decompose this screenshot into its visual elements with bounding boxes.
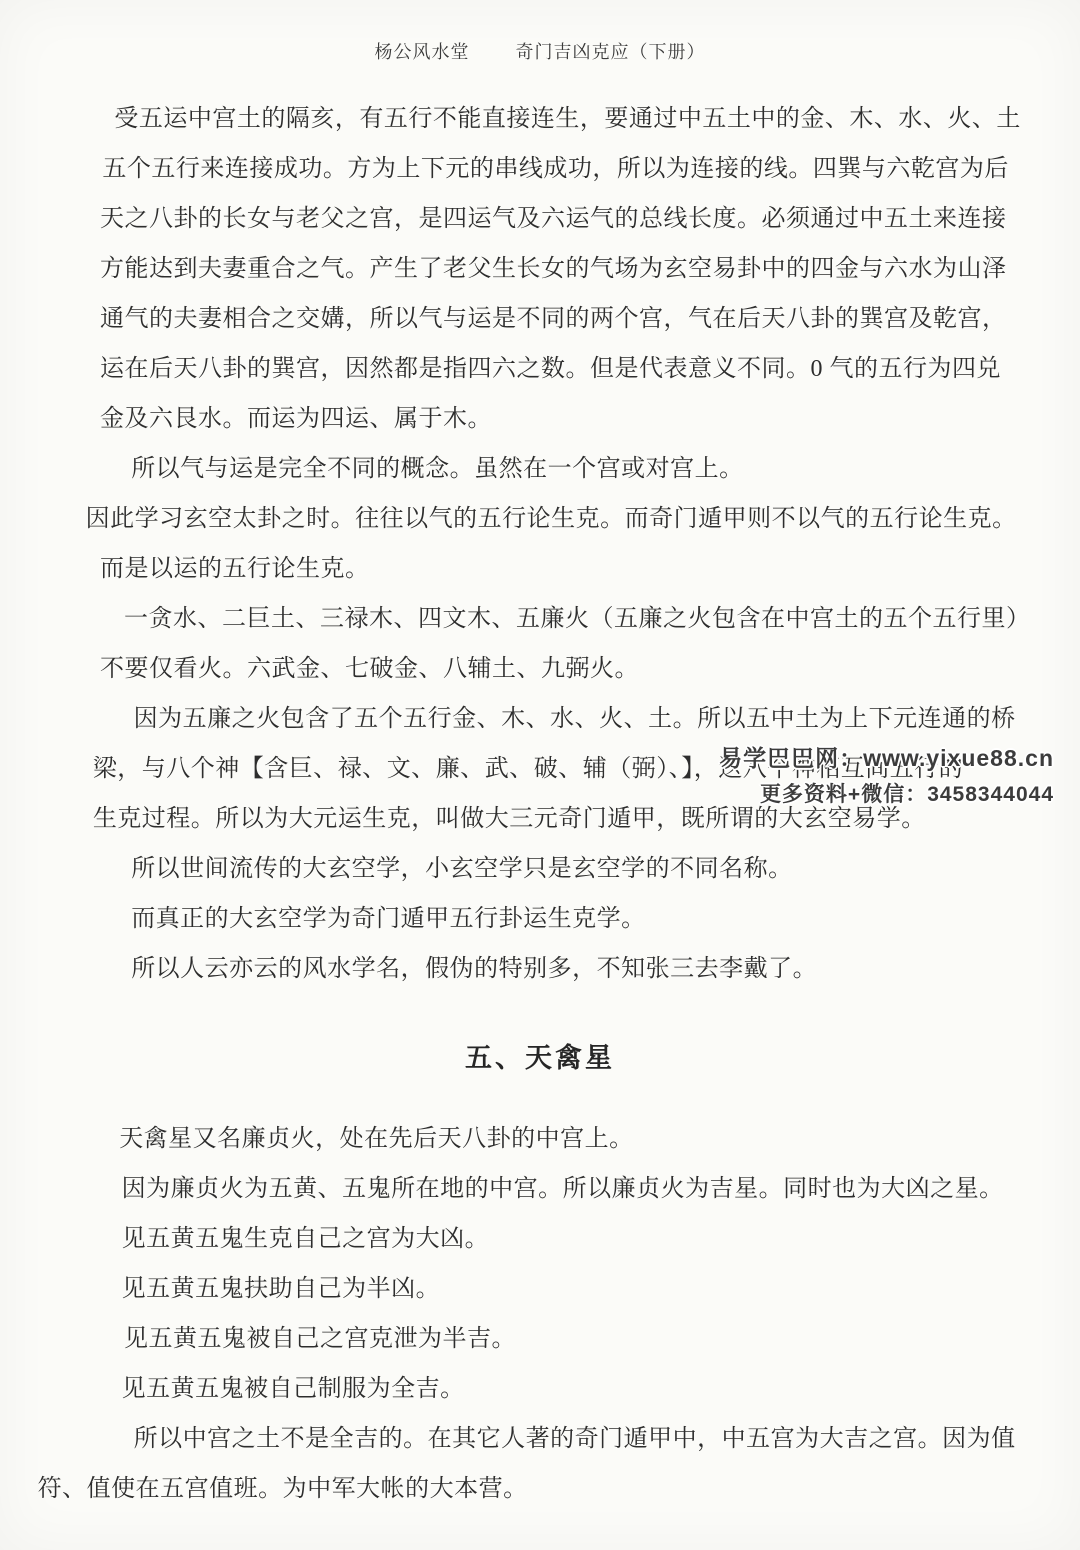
text-line: 运在后天八卦的巽宫，因然都是指四六之数。但是代表意义不同。0 气的五行为四兑	[100, 344, 1040, 394]
page-header: 杨公风水堂奇门吉凶克应（下册）	[0, 0, 1080, 64]
text-line: 见五黄五鬼被自己之宫克泄为半吉。	[100, 1314, 1040, 1364]
text-line: 一贪水、二巨土、三禄木、四文木、五廉火（五廉之火包含在中宫土的五个五行里）	[100, 594, 1040, 644]
section-text-block: 天禽星又名廉贞火，处在先后天八卦的中宫上。因为廉贞火为五黄、五鬼所在地的中宫。所…	[100, 1114, 1040, 1514]
text-line: 天禽星又名廉贞火，处在先后天八卦的中宫上。	[100, 1114, 1040, 1164]
text-line: 而真正的大玄空学为奇门遁甲五行卦运生克学。	[100, 894, 1040, 944]
text-line: 因为五廉之火包含了五个五行金、木、水、火、土。所以五中土为上下元连通的桥	[100, 694, 1040, 744]
text-line: 所以中宫之土不是全吉的。在其它人著的奇门遁甲中，中五宫为大吉之宫。因为值	[100, 1414, 1040, 1464]
header-volume-title: 奇门吉凶克应（下册）	[516, 42, 706, 62]
text-line: 所以人云亦云的风水学名，假伪的特别多，不知张三去李戴了。	[100, 944, 1040, 994]
text-line: 因为廉贞火为五黄、五鬼所在地的中宫。所以廉贞火为吉星。同时也为大凶之星。	[100, 1164, 1040, 1214]
text-line: 符、值使在五宫值班。为中军大帐的大本营。	[38, 1464, 1040, 1514]
watermark-contact-text: 更多资料+微信：3458344044	[719, 778, 1054, 808]
text-line: 见五黄五鬼被自己制服为全吉。	[100, 1364, 1040, 1414]
watermark: 易学巴巴网：www.yixue88.cn 更多资料+微信：3458344044	[719, 740, 1054, 808]
text-line: 见五黄五鬼扶助自己为半凶。	[100, 1264, 1040, 1314]
text-line: 受五运中宫土的隔亥，有五行不能直接连生，要通过中五土中的金、木、水、火、土	[100, 94, 1040, 144]
text-line: 所以世间流传的大玄空学，小玄空学只是玄空学的不同名称。	[100, 844, 1040, 894]
text-line: 见五黄五鬼生克自己之宫为大凶。	[100, 1214, 1040, 1264]
main-text-block: 受五运中宫土的隔亥，有五行不能直接连生，要通过中五土中的金、木、水、火、土五个五…	[100, 94, 1040, 994]
header-book-title: 杨公风水堂	[375, 42, 470, 62]
text-line: 方能达到夫妻重合之气。产生了老父生长女的气场为玄空易卦中的四金与六水为山泽	[100, 244, 1040, 294]
text-line: 所以气与运是完全不同的概念。虽然在一个宫或对宫上。	[100, 444, 1040, 494]
text-line: 因此学习玄空太卦之时。往往以气的五行论生克。而奇门遁甲则不以气的五行论生克。	[86, 494, 1040, 544]
text-line: 通气的夫妻相合之交媾，所以气与运是不同的两个宫，气在后天八卦的巽宫及乾宫，	[100, 294, 1040, 344]
text-line: 不要仅看火。六武金、七破金、八辅土、九弼火。	[100, 644, 1040, 694]
text-line: 而是以运的五行论生克。	[100, 544, 1040, 594]
text-line: 天之八卦的长女与老父之宫，是四运气及六运气的总线长度。必须通过中五土来连接	[100, 194, 1040, 244]
text-line: 金及六艮水。而运为四运、属于木。	[100, 394, 1040, 444]
text-line: 五个五行来连接成功。方为上下元的串线成功，所以为连接的线。四巽与六乾宫为后	[100, 144, 1040, 194]
section-heading: 五、天禽星	[0, 1038, 1080, 1078]
scanned-book-page: 杨公风水堂奇门吉凶克应（下册） 受五运中宫土的隔亥，有五行不能直接连生，要通过中…	[0, 0, 1080, 1550]
watermark-site-text: 易学巴巴网：www.yixue88.cn	[719, 740, 1054, 773]
